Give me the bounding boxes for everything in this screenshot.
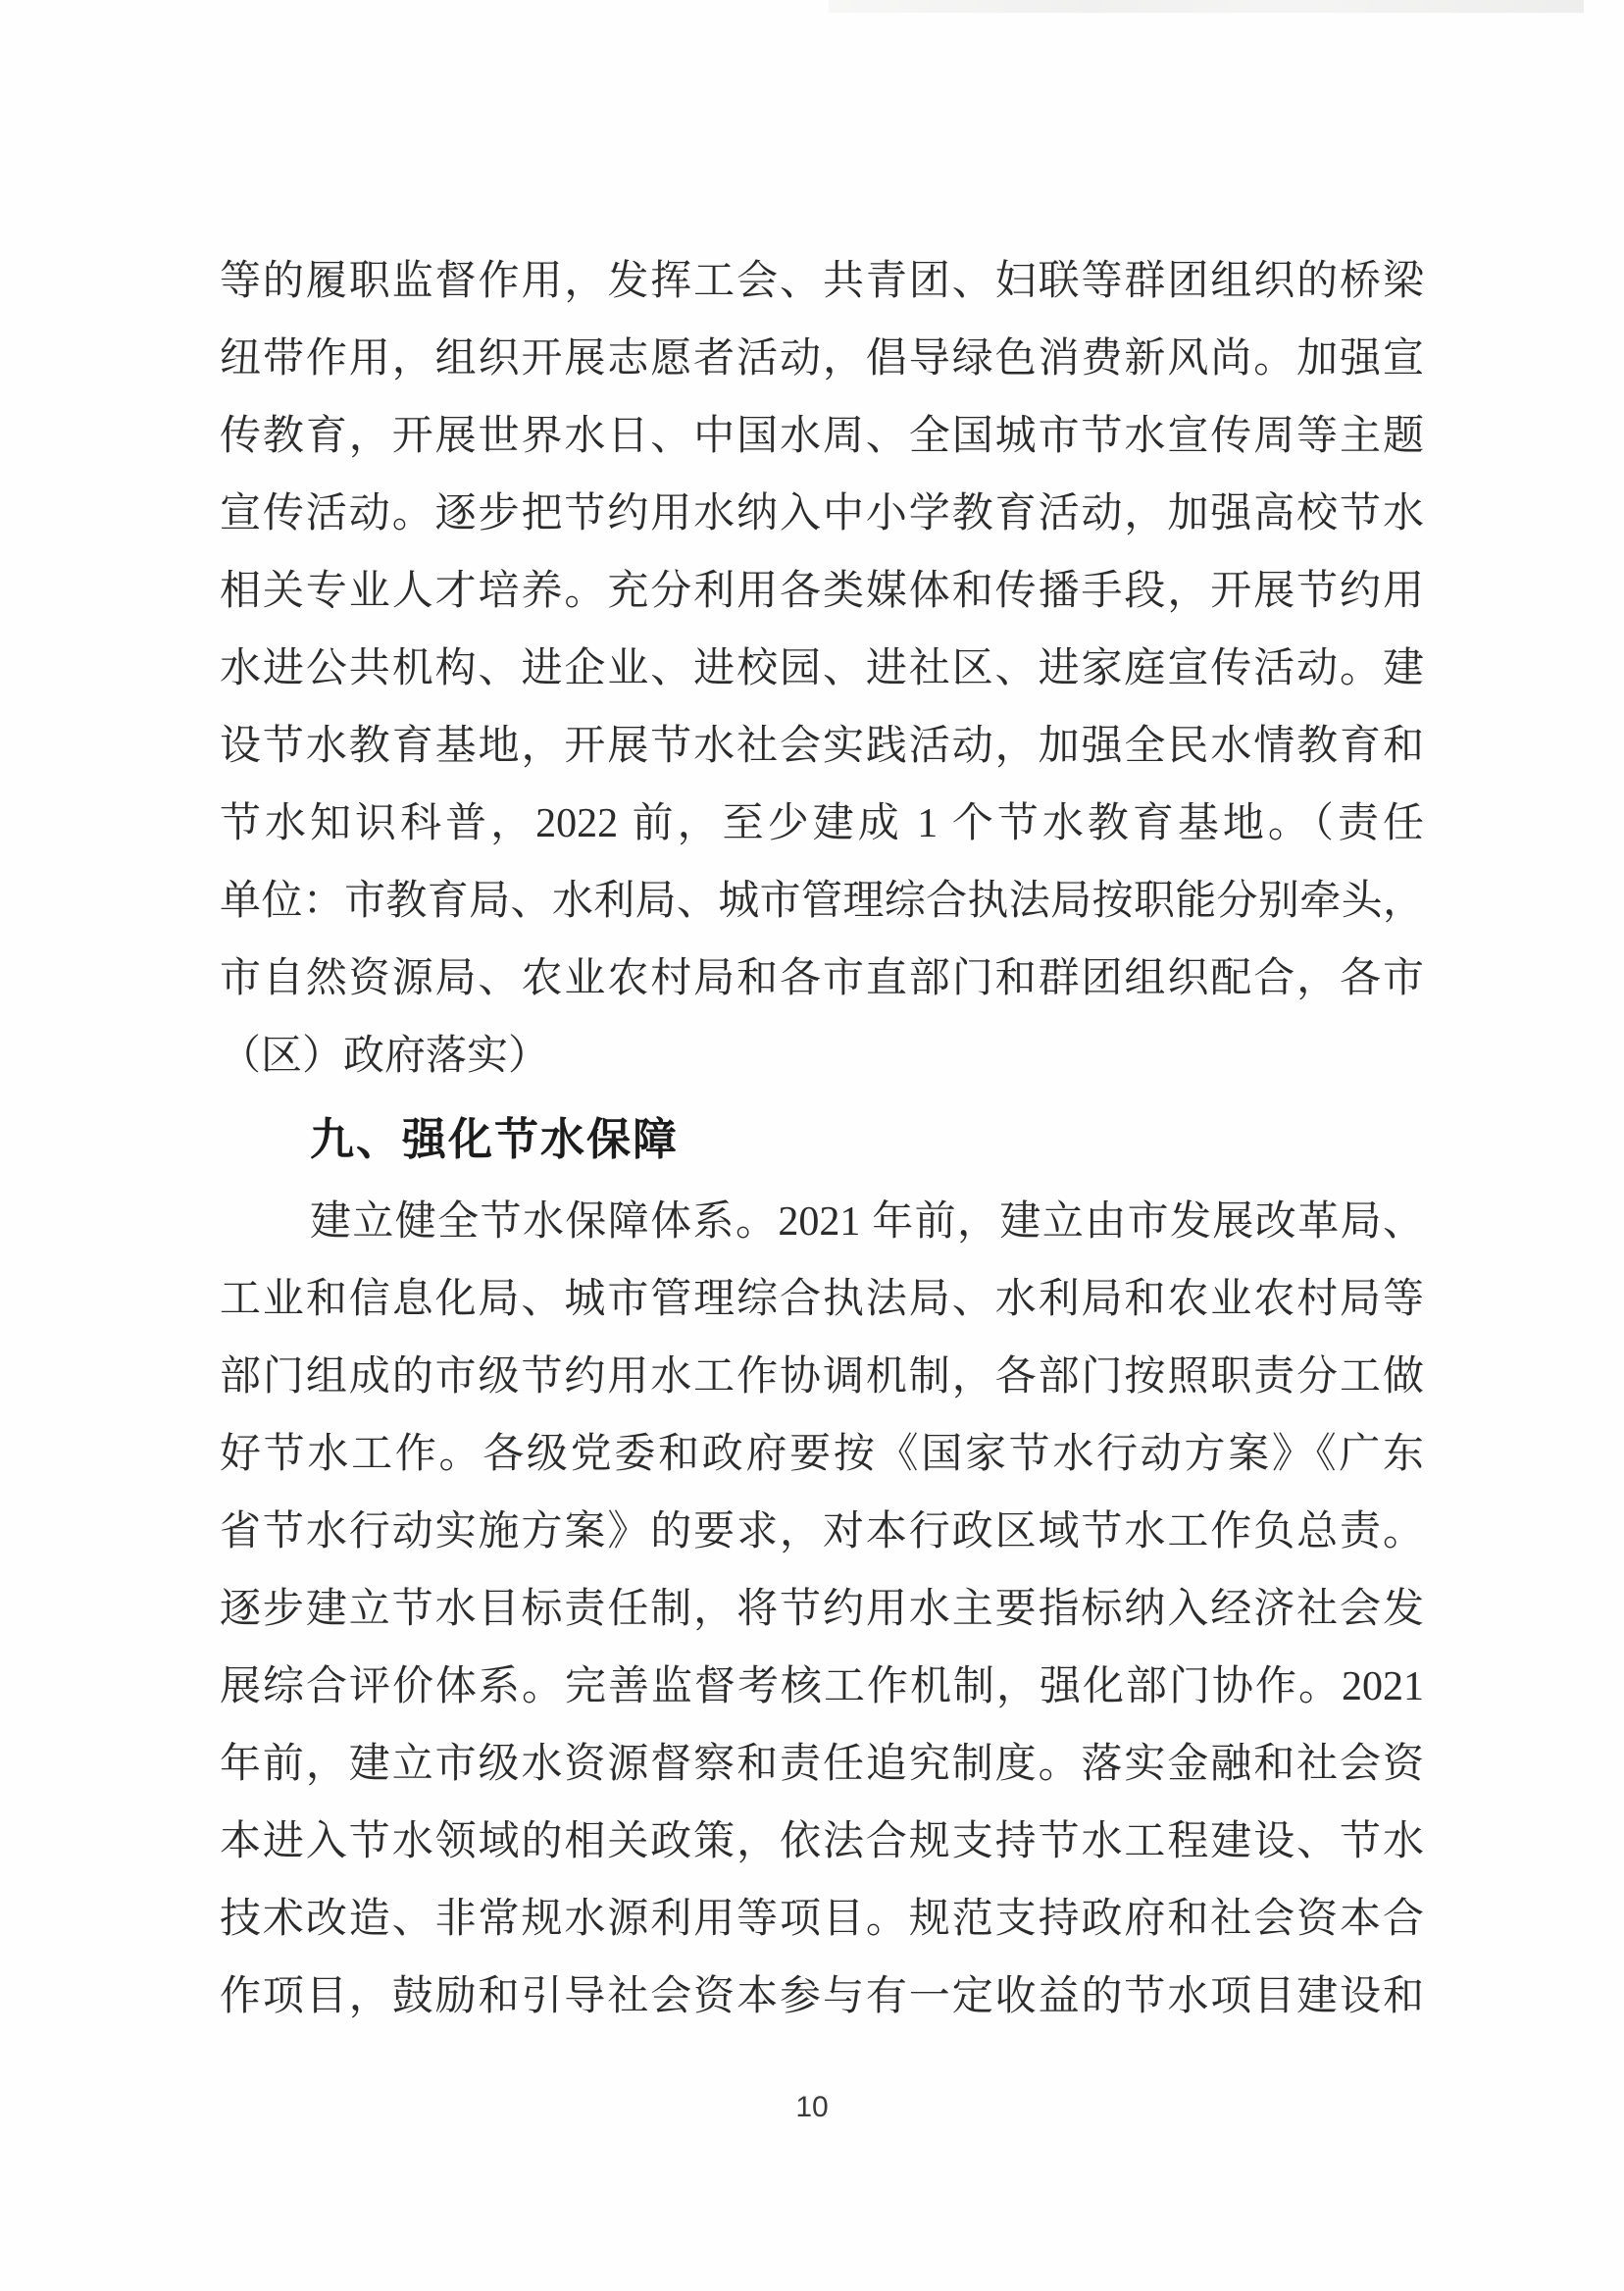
body-line: 本进入节水领域的相关政策，依法合规支持节水工程建设、节水	[220, 1804, 1424, 1881]
body-line: 等的履职监督作用，发挥工会、共青团、妇联等群团组织的桥梁	[220, 243, 1424, 321]
body-line: 部门组成的市级节约用水工作协调机制，各部门按照职责分工做	[220, 1339, 1424, 1416]
body-line: 展综合评价体系。完善监督考核工作机制，强化部门协作。2021	[220, 1649, 1424, 1726]
body-line: 传教育，开展世界水日、中国水周、全国城市节水宣传周等主题	[220, 398, 1424, 476]
body-line: 节水知识科普，2022 前，至少建成 1 个节水教育基地。（责任	[220, 786, 1424, 863]
body-line: 建立健全节水保障体系。2021 年前，建立由市发展改革局、	[220, 1184, 1424, 1261]
body-line: 省节水行动实施方案》的要求，对本行政区域节水工作负总责。	[220, 1494, 1424, 1571]
paragraph-2: 建立健全节水保障体系。2021 年前，建立由市发展改革局、 工业和信息化局、城市…	[220, 1184, 1424, 2036]
paragraph-1: 等的履职监督作用，发挥工会、共青团、妇联等群团组织的桥梁 纽带作用，组织开展志愿…	[220, 243, 1424, 1095]
body-line: 设节水教育基地，开展节水社会实践活动，加强全民水情教育和	[220, 708, 1424, 786]
text-block: 等的履职监督作用，发挥工会、共青团、妇联等群团组织的桥梁 纽带作用，组织开展志愿…	[220, 243, 1424, 2036]
page-number: 10	[0, 2091, 1624, 2124]
body-line: （区）政府落实）	[220, 1018, 1424, 1095]
body-line: 单位：市教育局、水利局、城市管理综合执法局按职能分别牵头，	[220, 863, 1424, 941]
section-heading: 九、强化节水保障	[220, 1095, 1424, 1184]
body-line: 技术改造、非常规水源利用等项目。规范支持政府和社会资本合	[220, 1881, 1424, 1959]
body-line: 纽带作用，组织开展志愿者活动，倡导绿色消费新风尚。加强宣	[220, 321, 1424, 398]
body-line: 作项目，鼓励和引导社会资本参与有一定收益的节水项目建设和	[220, 1959, 1424, 2036]
body-line: 逐步建立节水目标责任制，将节约用水主要指标纳入经济社会发	[220, 1571, 1424, 1649]
body-line: 市自然资源局、农业农村局和各市直部门和群团组织配合，各市	[220, 941, 1424, 1018]
scan-artifact	[829, 0, 1584, 13]
body-line: 水进公共机构、进企业、进校园、进社区、进家庭宣传活动。建	[220, 631, 1424, 708]
body-line: 年前，建立市级水资源督察和责任追究制度。落实金融和社会资	[220, 1726, 1424, 1804]
body-line: 工业和信息化局、城市管理综合执法局、水利局和农业农村局等	[220, 1261, 1424, 1339]
document-page: 等的履职监督作用，发挥工会、共青团、妇联等群团组织的桥梁 纽带作用，组织开展志愿…	[0, 0, 1624, 2291]
body-line: 相关专业人才培养。充分利用各类媒体和传播手段，开展节约用	[220, 553, 1424, 631]
body-line: 宣传活动。逐步把节约用水纳入中小学教育活动，加强高校节水	[220, 476, 1424, 553]
body-line: 好节水工作。各级党委和政府要按《国家节水行动方案》《广东	[220, 1416, 1424, 1494]
